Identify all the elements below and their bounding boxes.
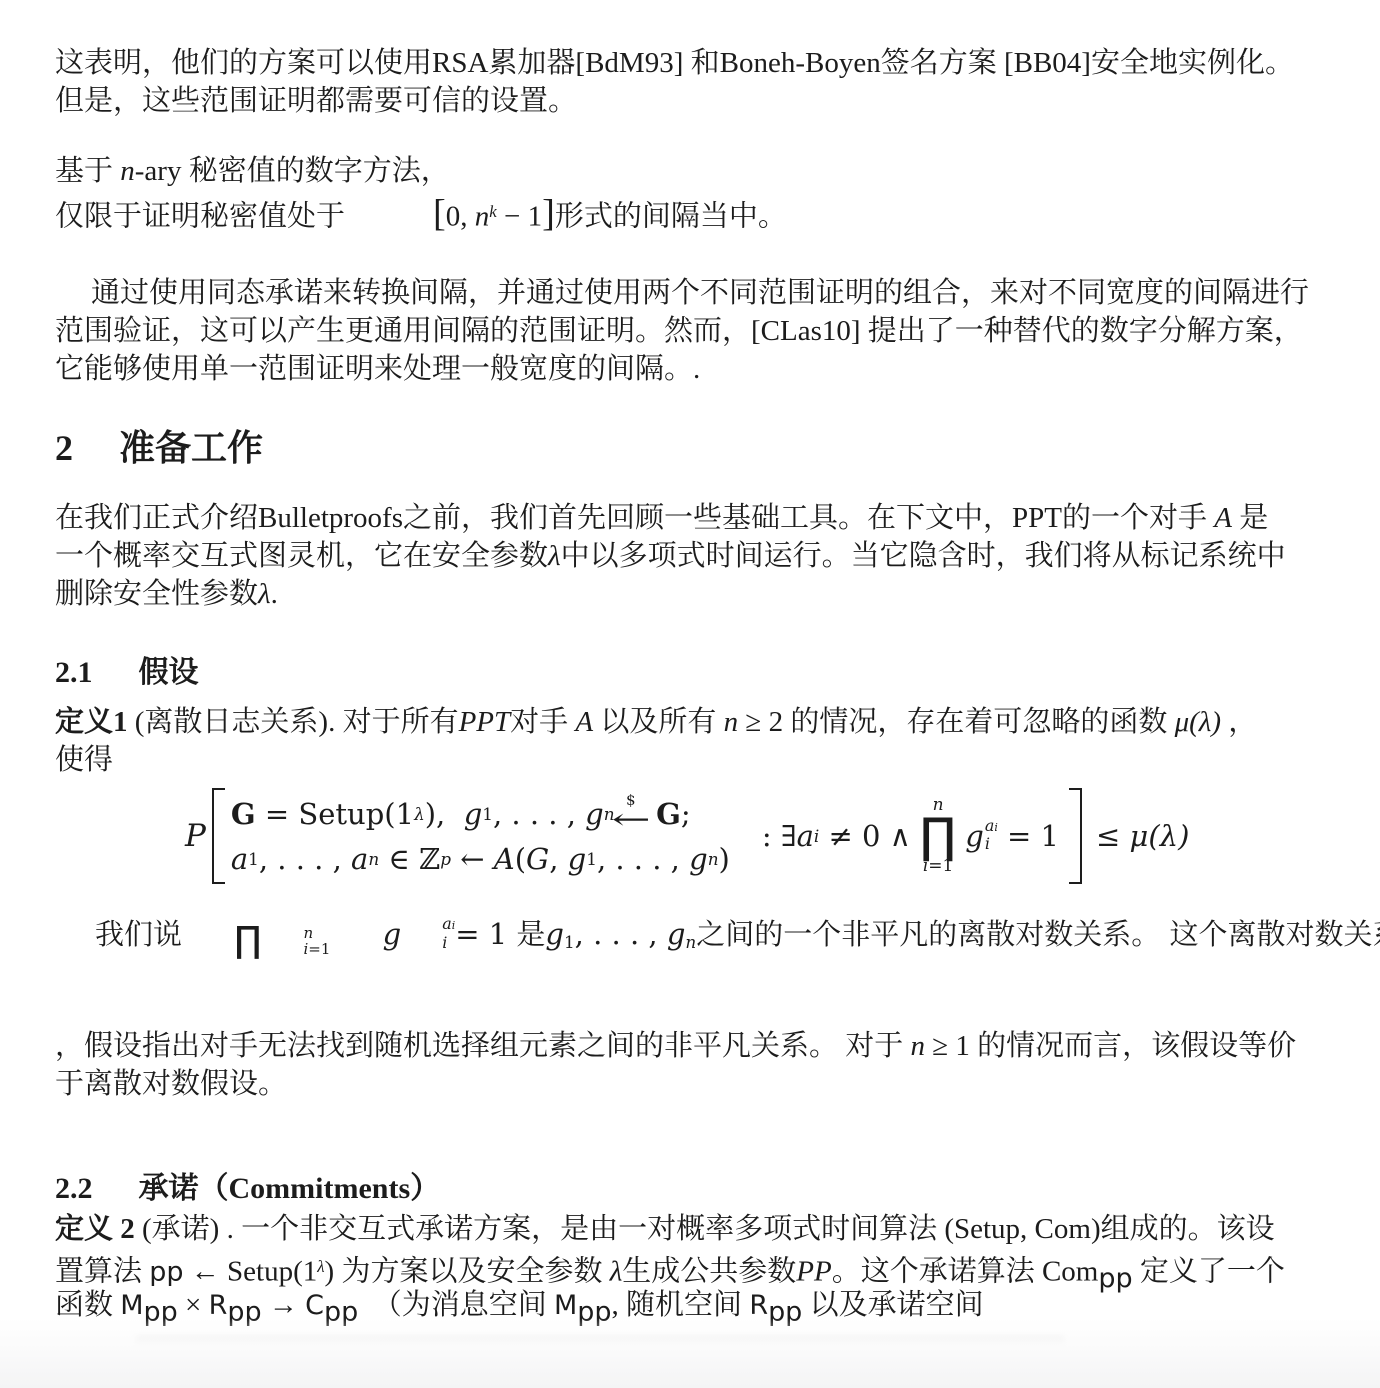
paper-page: { "doc": { "colors": { "text": "#1c1c1c"… (0, 0, 1380, 1388)
text-line: 这表明，他们的方案可以使用RSA累加器[BdM93] 和Boneh-Boyen签… (55, 44, 1330, 82)
text-line: 于离散对数假设。 (55, 1065, 1330, 1103)
text-line: 在我们正式介绍Bulletproofs之前，我们首先回顾一些基础工具。在下文中，… (55, 499, 1330, 537)
eq-matrix: G = Setup(1λ), g1, . . . , gn$← G; a1, .… (225, 788, 736, 884)
text-line: 它能够使用单一范围证明来处理一般宽度的间隔。. (55, 350, 1330, 388)
text-line: 使得 (55, 741, 1330, 779)
text-line: 我们说 ∏ni=1 gaii= 1 是g1, . . . , gn之间的一个非平… (55, 912, 1330, 956)
text-line: 删除安全性参数λ. (55, 575, 1330, 613)
equation-discrete-log-relation: P G = Setup(1λ), g1, . . . , gn$← G; a1,… (185, 788, 1189, 884)
text-line: 仅限于证明秘密值处于[0, nk − 1]形式的间隔当中。 (55, 190, 1330, 234)
bottom-fade-overlay (0, 1318, 1380, 1388)
section-number: 2.1 (55, 656, 93, 690)
section-heading-assumptions: 2.1假设 (55, 647, 199, 691)
text-line: 但是，这些范围证明都需要可信的设置。 (55, 82, 1330, 120)
text-line: 定义1 (离散日志关系). 对于所有PPT对手 A 以及所有 n ≥ 2 的情况… (55, 703, 1330, 741)
eq-right-bracket (1069, 788, 1082, 884)
paragraph-definition-dlog: 定义1 (离散日志关系). 对于所有PPT对手 A 以及所有 n ≥ 2 的情况… (55, 703, 1330, 779)
paragraph-nary-digits: 基于 n-ary 秘密值的数字方法， 仅限于证明秘密值处于[0, nk − 1]… (55, 152, 1330, 234)
text-line: 基于 n-ary 秘密值的数字方法， (55, 152, 1330, 190)
section-title: 准备工作 (119, 428, 263, 468)
section-number: 2.2 (55, 1172, 93, 1206)
eq-row: a1, . . . , an ∈ ℤp ← A(G, g1, . . . , g… (231, 836, 730, 881)
paragraph-nontrivial-relation: 我们说 ∏ni=1 gaii= 1 是g1, . . . , gn之间的一个非平… (55, 912, 1330, 956)
section-number: 2 (55, 427, 73, 469)
section-title: 假设 (139, 656, 199, 689)
paragraph-rsa-instantiation: 这表明，他们的方案可以使用RSA累加器[BdM93] 和Boneh-Boyen签… (55, 44, 1330, 120)
eq-left-bracket (212, 788, 225, 884)
paragraph-assumption-equivalence: ，假设指出对手无法找到随机选择组元素之间的非平凡关系。 对于 n ≥ 1 的情况… (55, 1027, 1330, 1103)
text-line: 定义 2 (承诺) . 一个非交互式承诺方案，是由一对概率多项式时间算法 (Se… (55, 1210, 1330, 1248)
text-line: ，假设指出对手无法找到随机选择组元素之间的非平凡关系。 对于 n ≥ 1 的情况… (55, 1027, 1330, 1065)
section-title: 承诺（Commitments） (139, 1172, 441, 1205)
section-heading-commitments: 2.2承诺（Commitments） (55, 1163, 440, 1207)
eq-probability: P (185, 818, 206, 854)
paragraph-homomorphic-commitments: 通过使用同态承诺来转换间隔，并通过使用两个不同范围证明的组合，来对不同宽度的间隔… (55, 274, 1330, 388)
section-heading-preliminaries: 2准备工作 (55, 420, 263, 471)
eq-bound: ≤ μ(λ) (1096, 819, 1189, 853)
eq-condition: : ∃ai ≠ 0 ∧n∏i=1gaii = 1 (762, 797, 1059, 875)
text-line: 一个概率交互式图灵机，它在安全参数λ中以多项式时间运行。当它隐含时，我们将从标记… (55, 537, 1330, 575)
text-line: 通过使用同态承诺来转换间隔，并通过使用两个不同范围证明的组合，来对不同宽度的间隔… (55, 274, 1330, 312)
text-line: 范围验证，这可以产生更通用间隔的范围证明。然而，[CLas10] 提出了一种替代… (55, 312, 1330, 350)
eq-row: G = Setup(1λ), g1, . . . , gn$← G; (231, 791, 730, 836)
paragraph-bulletproofs-intro: 在我们正式介绍Bulletproofs之前，我们首先回顾一些基础工具。在下文中，… (55, 499, 1330, 613)
text-line: 置算法 pp ← Setup(1λ) 为方案以及安全参数 λ生成公共参数PP。这… (55, 1248, 1330, 1286)
paragraph-definition-commitment: 定义 2 (承诺) . 一个非交互式承诺方案，是由一对概率多项式时间算法 (Se… (55, 1210, 1330, 1324)
